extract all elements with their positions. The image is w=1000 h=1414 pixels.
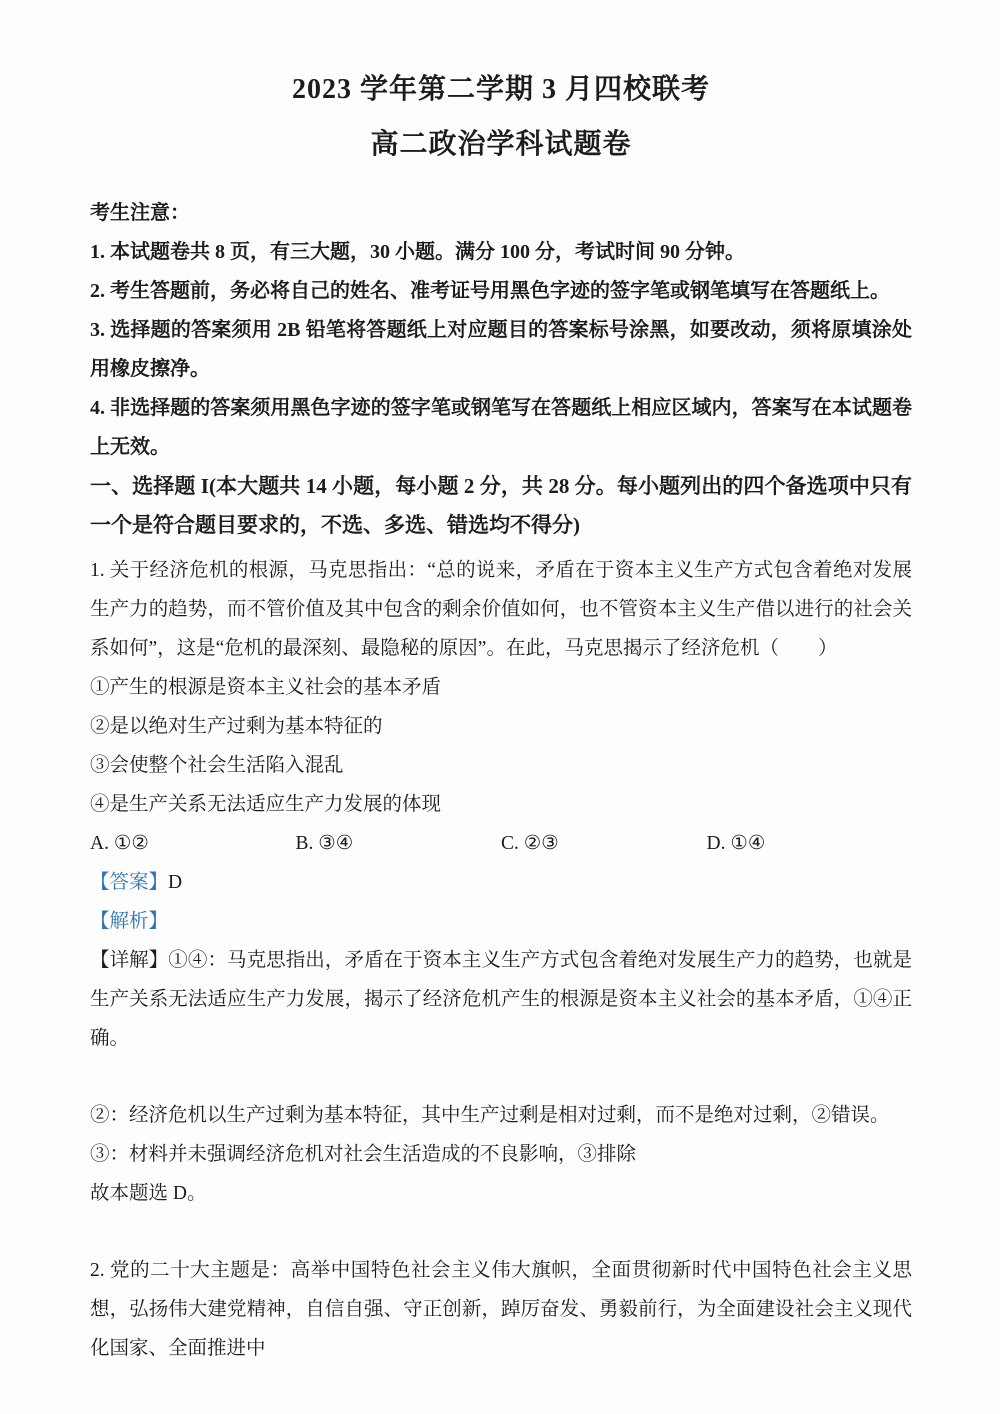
choice-b: B. ③④	[296, 824, 502, 863]
exam-page: 2023 学年第二学期 3 月四校联考 高二政治学科试题卷 考生注意： 1. 本…	[0, 0, 1000, 1414]
answer-value: D	[168, 872, 182, 893]
notice-item-3: 3. 选择题的答案须用 2B 铅笔将答题纸上对应题目的答案标号涂黑，如要改动，须…	[90, 311, 912, 389]
detail-paragraph: 【详解】①④：马克思指出，矛盾在于资本主义生产方式包含着绝对发展生产力的趋势，也…	[90, 941, 912, 1058]
detail-label: 【详解】	[90, 950, 168, 971]
question-2: 2. 党的二十大主题是：高举中国特色社会主义伟大旗帜，全面贯彻新时代中国特色社会…	[90, 1251, 912, 1368]
question-1-statement-1: ①产生的根源是资本主义社会的基本矛盾	[90, 668, 912, 707]
question-1: 1. 关于经济危机的根源，马克思指出：“总的说来，矛盾在于资本主义生产方式包含着…	[90, 551, 912, 1213]
notice-heading: 考生注意：	[90, 194, 912, 233]
exam-title: 2023 学年第二学期 3 月四校联考 高二政治学科试题卷	[90, 62, 912, 172]
section-1-heading: 一、选择题 I(本大题共 14 小题，每小题 2 分，共 28 分。每小题列出的…	[90, 467, 912, 545]
choice-d: D. ①④	[707, 824, 913, 863]
choice-a: A. ①②	[90, 824, 296, 863]
question-1-stem: 1. 关于经济危机的根源，马克思指出：“总的说来，矛盾在于资本主义生产方式包含着…	[90, 551, 912, 668]
notice-item-2: 2. 考生答题前，务必将自己的姓名、准考证号用黑色字迹的签字笔或钢笔填写在答题纸…	[90, 272, 912, 311]
analysis-line: 【解析】	[90, 902, 912, 941]
question-1-statement-2: ②是以绝对生产过剩为基本特征的	[90, 707, 912, 746]
conclusion: 故本题选 D。	[90, 1174, 912, 1213]
answer-label: 【答案】	[90, 872, 168, 893]
notice-item-4: 4. 非选择题的答案须用黑色字迹的签字笔或钢笔写在答题纸上相应区域内，答案写在本…	[90, 389, 912, 467]
question-1-statement-3: ③会使整个社会生活陷入混乱	[90, 746, 912, 785]
analysis-label: 【解析】	[90, 911, 168, 932]
question-1-statement-4: ④是生产关系无法适应生产力发展的体现	[90, 785, 912, 824]
exam-title-line1: 2023 学年第二学期 3 月四校联考	[90, 62, 912, 117]
choice-c: C. ②③	[501, 824, 707, 863]
answer-line: 【答案】D	[90, 863, 912, 902]
detail-point-3: ③：材料并未强调经济危机对社会生活造成的不良影响，③排除	[90, 1135, 912, 1174]
detail-text: ①④：马克思指出，矛盾在于资本主义生产方式包含着绝对发展生产力的趋势，也就是生产…	[90, 950, 912, 1049]
notice-section: 考生注意： 1. 本试题卷共 8 页，有三大题，30 小题。满分 100 分，考…	[90, 194, 912, 467]
detail-point-2: ②：经济危机以生产过剩为基本特征，其中生产过剩是相对过剩，而不是绝对过剩，②错误…	[90, 1096, 912, 1135]
exam-title-line2: 高二政治学科试题卷	[90, 117, 912, 172]
notice-item-1: 1. 本试题卷共 8 页，有三大题，30 小题。满分 100 分，考试时间 90…	[90, 233, 912, 272]
question-1-choices: A. ①② B. ③④ C. ②③ D. ①④	[90, 824, 912, 863]
question-2-stem: 2. 党的二十大主题是：高举中国特色社会主义伟大旗帜，全面贯彻新时代中国特色社会…	[90, 1251, 912, 1368]
